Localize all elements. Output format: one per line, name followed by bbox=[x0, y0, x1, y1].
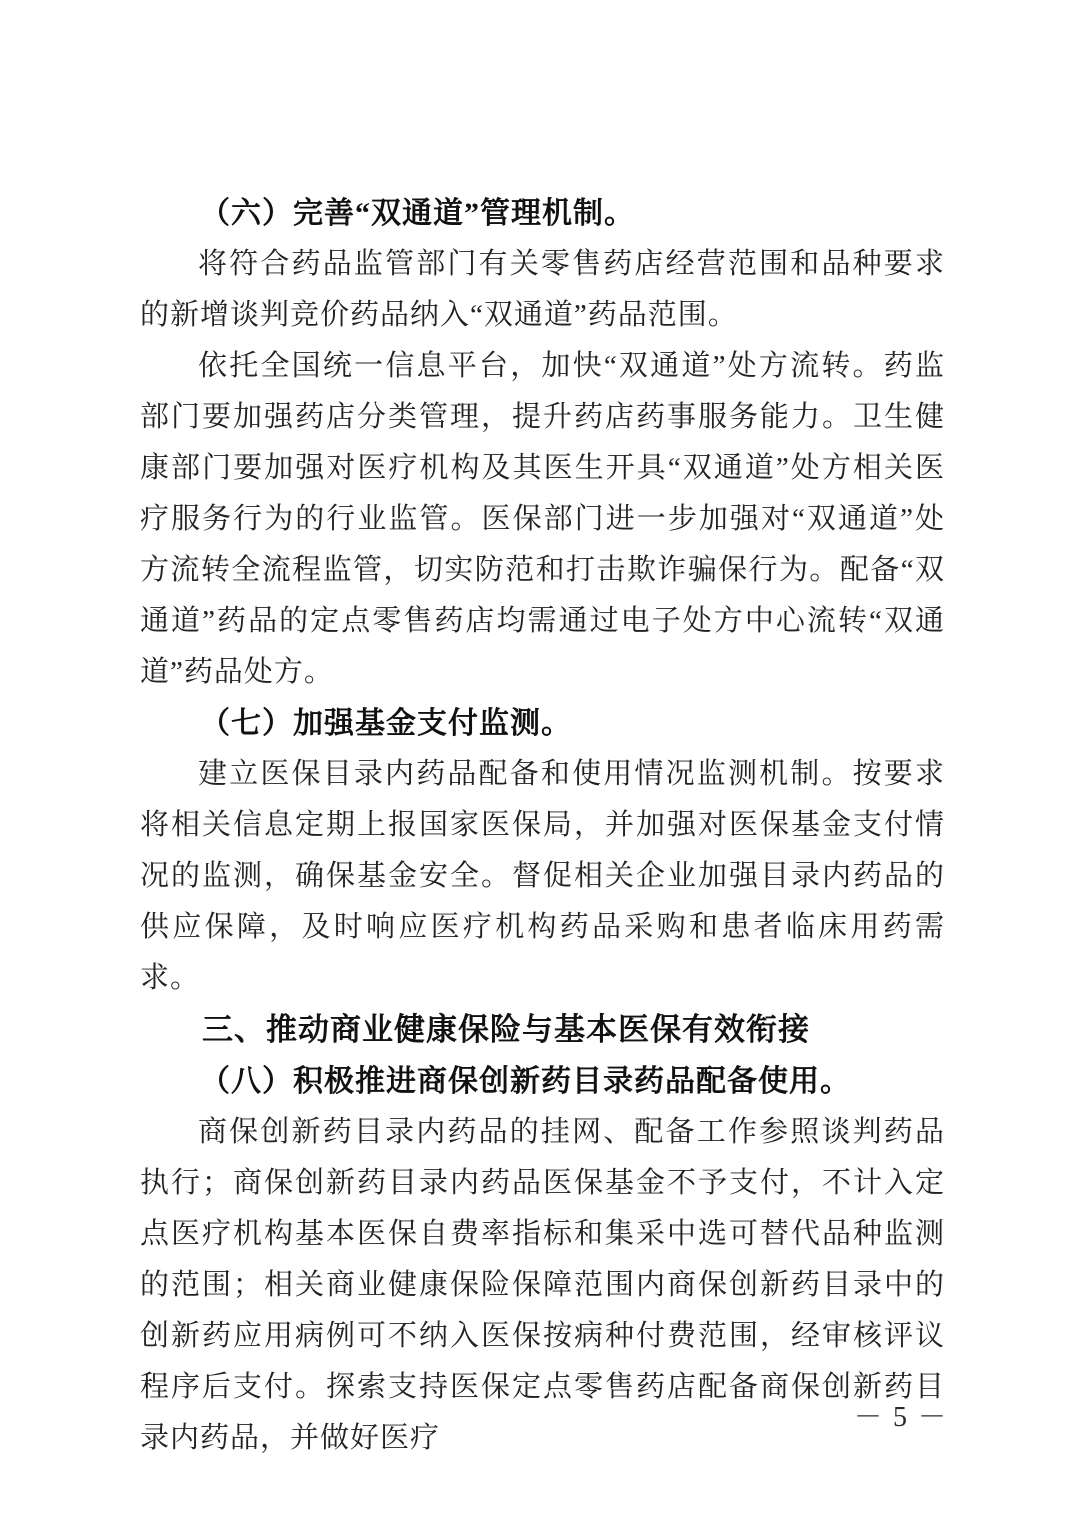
page-number: － 5 － bbox=[854, 1398, 948, 1438]
paragraph-dual-channel-scope: 将符合药品监管部门有关零售药店经营范围和品种要求的新增谈判竞价药品纳入“双通道”… bbox=[140, 239, 945, 341]
paragraph-prescription-flow: 依托全国统一信息平台，加快“双通道”处方流转。药监部门要加强药店分类管理，提升药… bbox=[140, 341, 945, 698]
heading-item-six: （六）完善“双通道”管理机制。 bbox=[140, 188, 945, 239]
paragraph-commercial-insurance-drug-list: 商保创新药目录内药品的挂网、配备工作参照谈判药品执行；商保创新药目录内药品医保基… bbox=[140, 1107, 945, 1464]
document-page: （六）完善“双通道”管理机制。 将符合药品监管部门有关零售药店经营范围和品种要求… bbox=[0, 0, 1080, 1527]
heading-item-eight: （八）积极推进商保创新药目录药品配备使用。 bbox=[140, 1056, 945, 1107]
heading-item-seven: （七）加强基金支付监测。 bbox=[140, 698, 945, 749]
section-heading-three: 三、推动商业健康保险与基本医保有效衔接 bbox=[140, 1004, 945, 1056]
paragraph-fund-payment-monitoring: 建立医保目录内药品配备和使用情况监测机制。按要求将相关信息定期上报国家医保局，并… bbox=[140, 749, 945, 1004]
document-body: （六）完善“双通道”管理机制。 将符合药品监管部门有关零售药店经营范围和品种要求… bbox=[140, 188, 945, 1464]
